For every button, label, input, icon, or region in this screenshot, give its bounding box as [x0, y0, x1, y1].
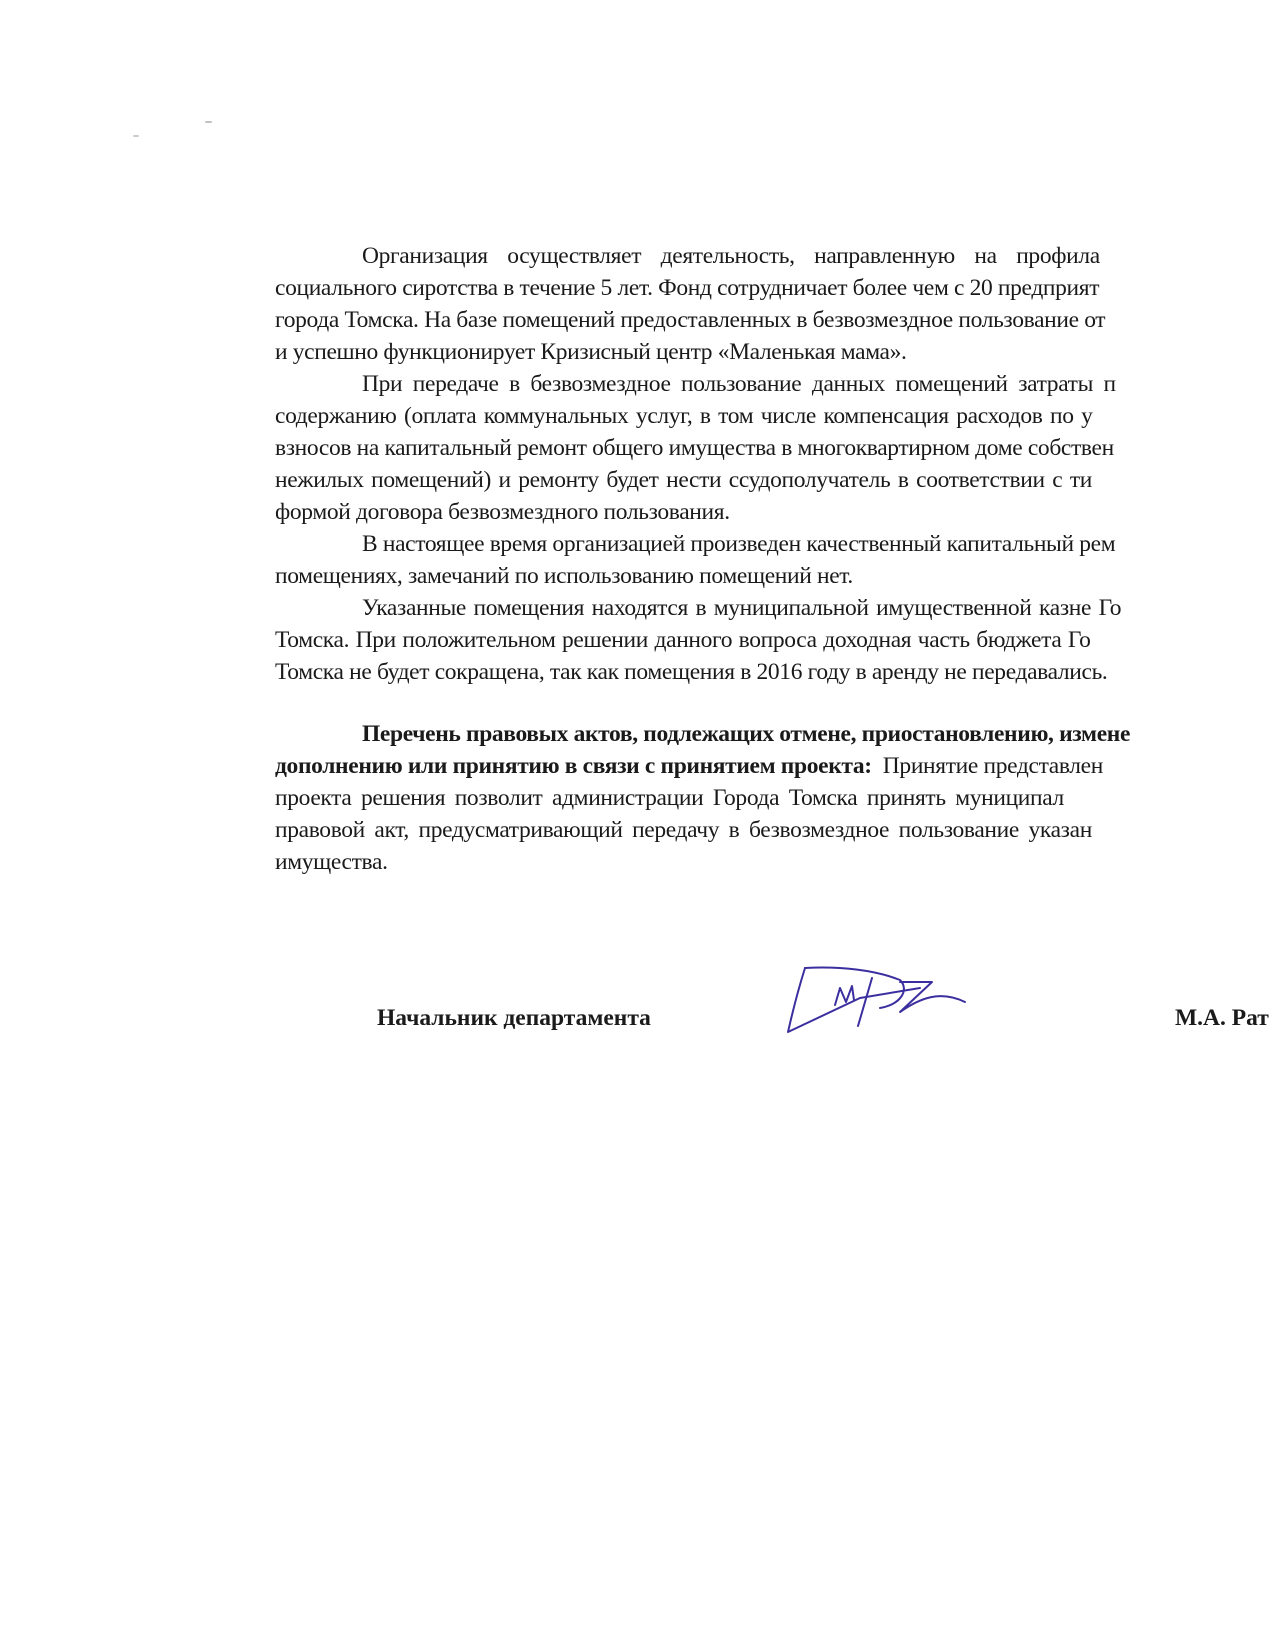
- text-line: содержанию (оплата коммунальных услуг, в…: [275, 400, 1275, 432]
- legal-acts-section: Перечень правовых актов, подлежащих отме…: [275, 718, 1275, 878]
- text-line: дополнению или принятию в связи с принят…: [275, 750, 1275, 782]
- text-line: формой договора безвозмездного пользован…: [275, 496, 1275, 528]
- section-heading-continuation: дополнению или принятию в связи с принят…: [275, 753, 872, 779]
- text-line: правовой акт, предусматривающий передачу…: [275, 814, 1275, 846]
- text-line: помещениях, замечаний по использованию п…: [275, 560, 1275, 592]
- document-page: Организация осуществляет деятельность, н…: [0, 0, 1275, 1650]
- text-line: проекта решения позволит администрации Г…: [275, 782, 1275, 814]
- text-line: нежилых помещений) и ремонту будет нести…: [275, 464, 1275, 496]
- text-line: Организация осуществляет деятельность, н…: [275, 240, 1275, 272]
- text-line: Томска не будет сокращена, так как помещ…: [275, 656, 1275, 688]
- text-line: социального сиротства в течение 5 лет. Ф…: [275, 272, 1275, 304]
- paragraph-repair: В настоящее время организацией произведе…: [275, 528, 1275, 592]
- paragraph-municipal: Указанные помещения находятся в муниципа…: [275, 592, 1275, 688]
- text-line: и успешно функционирует Кризисный центр …: [275, 336, 1275, 368]
- paragraph-transfer-costs: При передаче в безвозмездное пользование…: [275, 368, 1275, 528]
- signatory-name: М.А. Рат: [1175, 1005, 1269, 1032]
- section-heading: Перечень правовых актов, подлежащих отме…: [275, 718, 1275, 750]
- scan-speck: [133, 135, 139, 137]
- text-line: взносов на капитальный ремонт общего иму…: [275, 432, 1275, 464]
- paragraph-organization: Организация осуществляет деятельность, н…: [275, 240, 1275, 368]
- text-line: Томска. При положительном решении данног…: [275, 624, 1275, 656]
- document-body: Организация осуществляет деятельность, н…: [275, 240, 1275, 878]
- text-line: В настоящее время организацией произведе…: [275, 528, 1275, 560]
- text-fragment: Принятие представлен: [872, 753, 1103, 779]
- text-line: При передаче в безвозмездное пользование…: [275, 368, 1275, 400]
- text-line: имущества.: [275, 846, 1275, 878]
- scan-speck: [205, 121, 212, 123]
- signatory-title: Начальник департамента: [377, 1005, 651, 1032]
- text-line: Указанные помещения находятся в муниципа…: [275, 592, 1275, 624]
- section-gap: [275, 688, 1275, 718]
- signature-block: Начальник департамента М.А. Рат: [0, 1005, 1275, 1065]
- text-line: города Томска. На базе помещений предост…: [275, 304, 1275, 336]
